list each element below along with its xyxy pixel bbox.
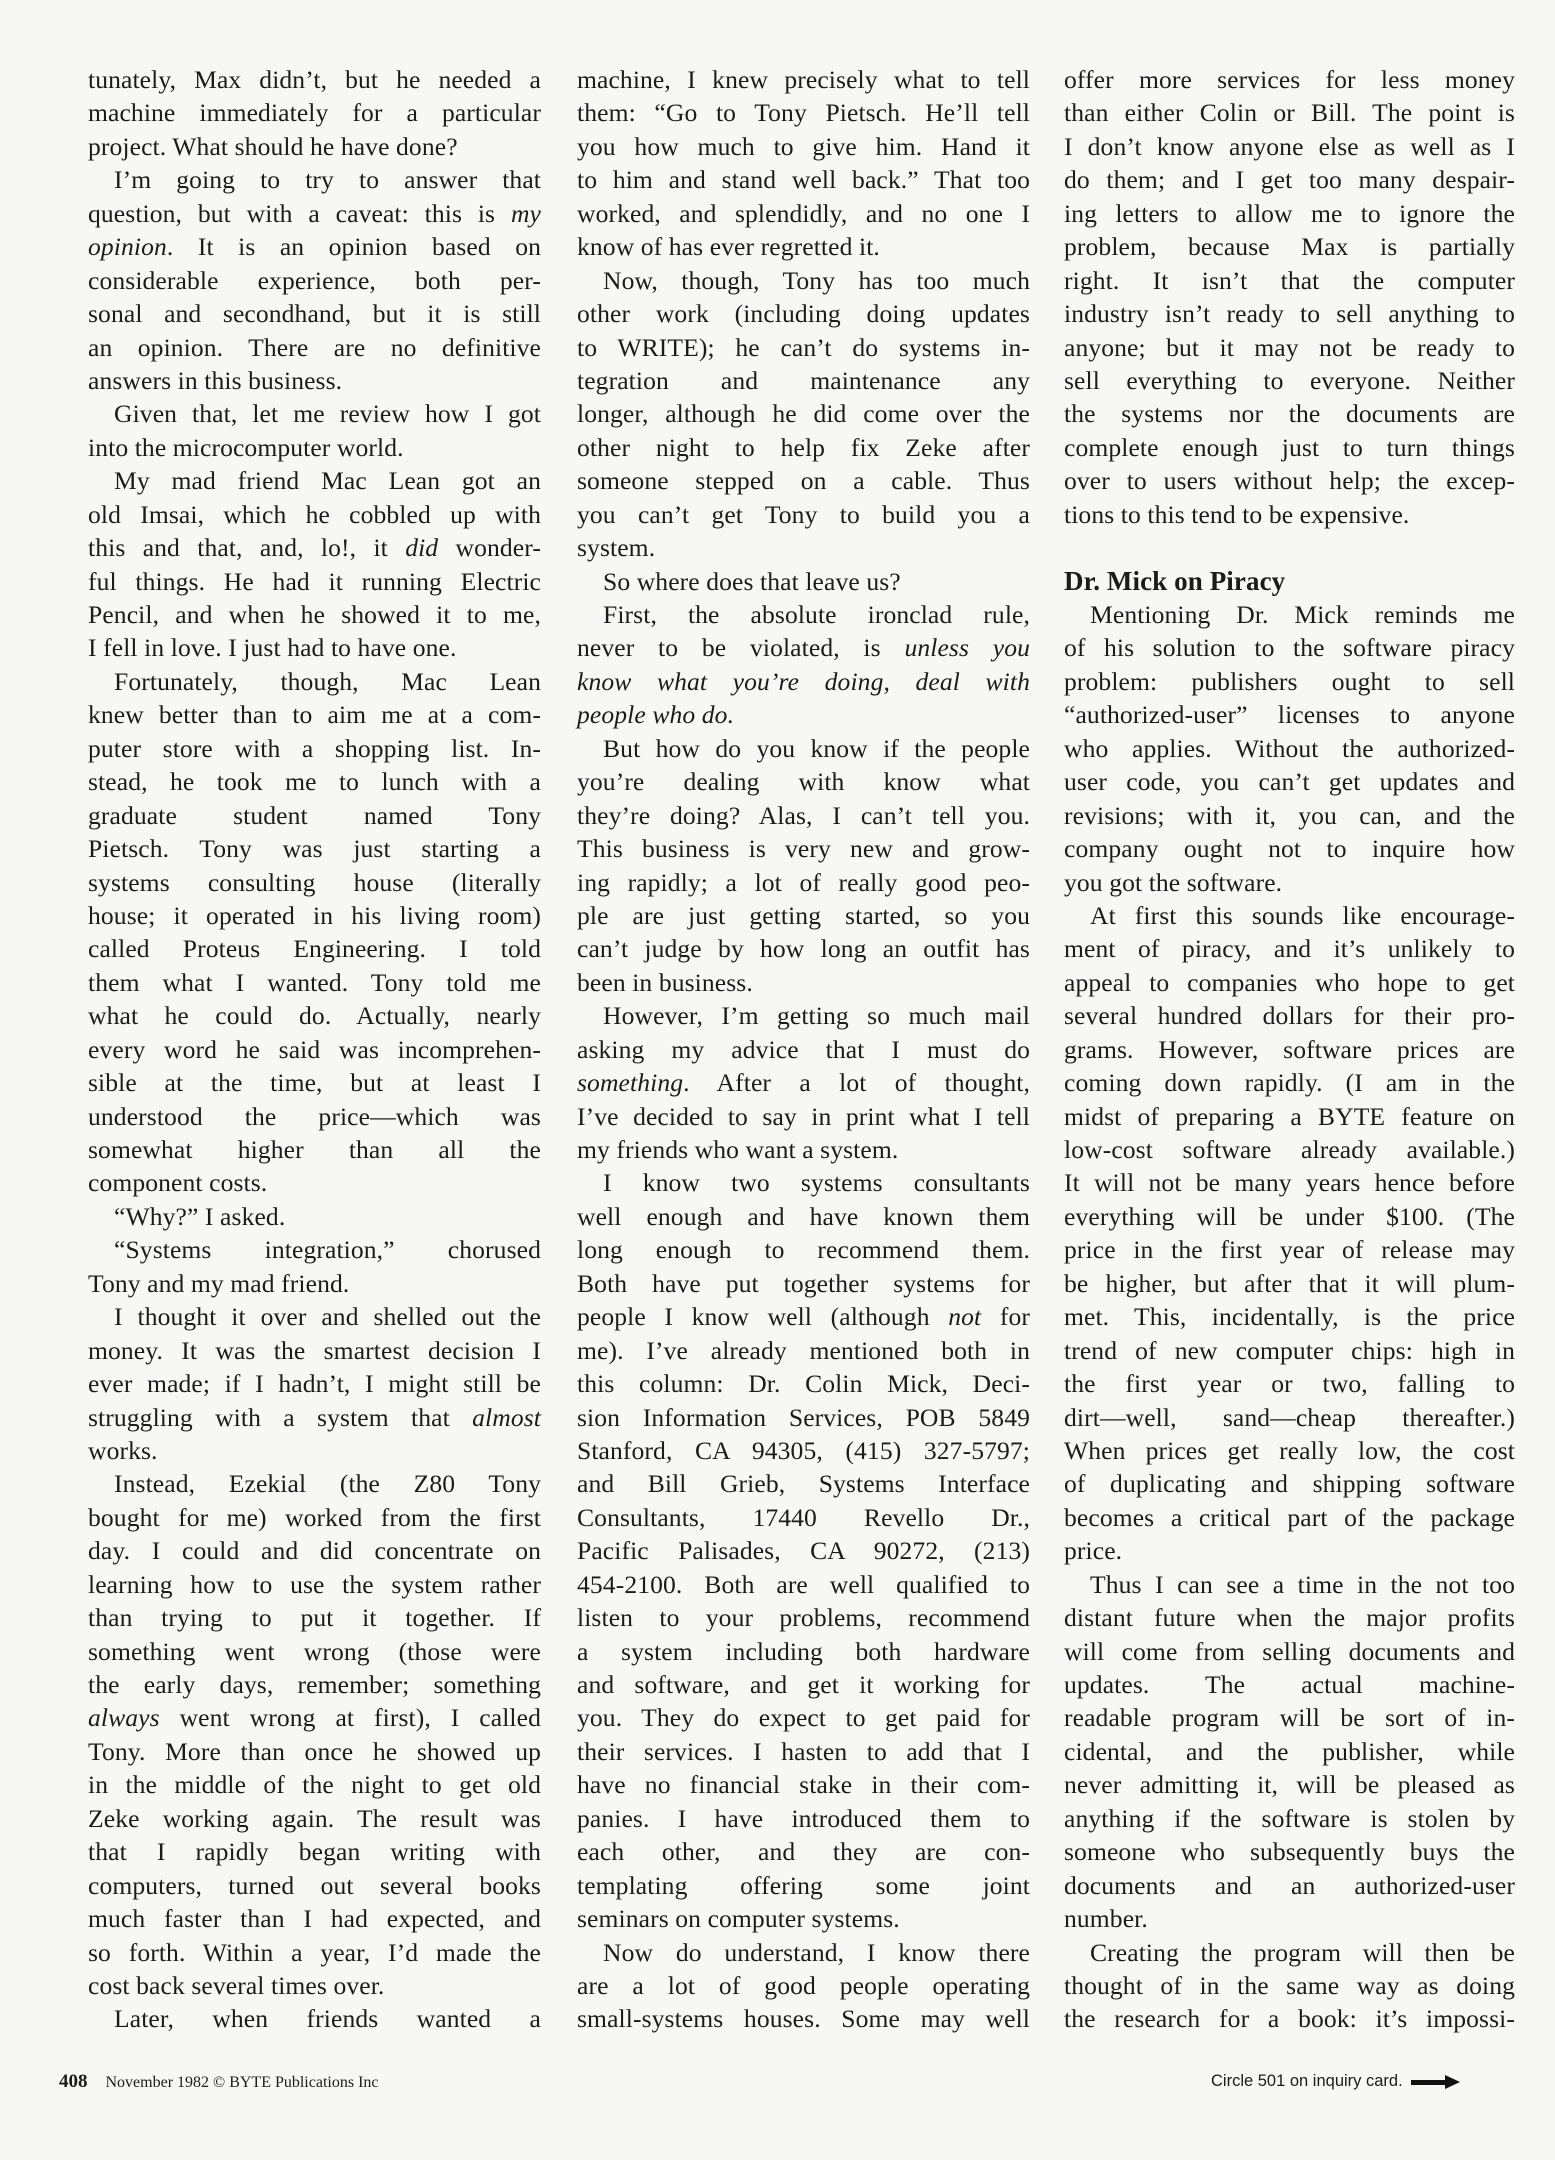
text-line: the systems nor the documents are — [1064, 397, 1515, 430]
text-line: someone stepped on a cable. Thus — [577, 464, 1030, 497]
text-line: However, I’m getting so much mail — [577, 999, 1030, 1032]
text-line: anything if the software is stolen by — [1064, 1802, 1515, 1835]
text: you. They do expect to get paid for — [577, 1703, 1030, 1732]
text-line: Given that, let me review how I got — [88, 397, 541, 430]
text: know of has ever regretted it. — [577, 232, 880, 261]
text: number. — [1064, 1904, 1148, 1933]
text-line: panies. I have introduced them to — [577, 1802, 1030, 1835]
text: worked, and splendidly, and no one I — [577, 199, 1030, 228]
text: me). I’ve already mentioned both in — [577, 1336, 1030, 1365]
text: puter store with a shopping list. In- — [88, 734, 541, 763]
text-line: tions to this tend to be expensive. — [1064, 498, 1515, 531]
text: understood the price—which was — [88, 1102, 541, 1131]
text: 454-2100. Both are well qualified to — [577, 1570, 1030, 1599]
text: for — [981, 1302, 1030, 1331]
text: other work (including doing updates — [577, 299, 1030, 328]
text: . After a lot of thought, — [683, 1068, 1030, 1097]
text: and Bill Grieb, Systems Interface — [577, 1469, 1030, 1498]
text-line: First, the absolute ironclad rule, — [577, 598, 1030, 631]
text-line: Mentioning Dr. Mick reminds me — [1064, 598, 1515, 631]
text-line: ing letters to allow me to ignore the — [1064, 197, 1515, 230]
text-line: know what you’re doing, deal with — [577, 665, 1030, 698]
text: someone stepped on a cable. Thus — [577, 466, 1030, 495]
text-line: “Systems integration,” chorused — [88, 1233, 541, 1266]
text: However, I’m getting so much mail — [603, 1001, 1030, 1030]
text: sion Information Services, POB 5849 — [577, 1403, 1030, 1432]
text: Stanford, CA 94305, (415) 327-5797; — [577, 1436, 1030, 1465]
text-line: I thought it over and shelled out the — [88, 1300, 541, 1333]
text: becomes a critical part of the package — [1064, 1503, 1515, 1532]
text-line: the research for a book: it’s impossi- — [1064, 2002, 1515, 2035]
italic-text: opinion — [88, 232, 167, 261]
text: templating offering some joint — [577, 1871, 1030, 1900]
text-line: been in business. — [577, 966, 1030, 999]
text-line: coming down rapidly. (I am in the — [1064, 1066, 1515, 1099]
text-line: me). I’ve already mentioned both in — [577, 1334, 1030, 1367]
text-line: When prices get really low, the cost — [1064, 1434, 1515, 1467]
text: company ought not to inquire how — [1064, 834, 1515, 863]
text: ever made; if I hadn’t, I might still be — [88, 1369, 541, 1398]
article-column-3: offer more services for less moneythan e… — [1064, 63, 1515, 2036]
text: Thus I can see a time in the not too — [1090, 1570, 1515, 1599]
text-line: Now do understand, I know there — [577, 1936, 1030, 1969]
text: them: “Go to Tony Pietsch. He’ll tell — [577, 98, 1030, 127]
text-line: number. — [1064, 1902, 1515, 1935]
text-line: to WRITE); he can’t do systems in- — [577, 331, 1030, 364]
text: I fell in love. I just had to have one. — [88, 633, 457, 662]
text-line: met. This, incidentally, is the price — [1064, 1300, 1515, 1333]
text-line: their services. I hasten to add that I — [577, 1735, 1030, 1768]
text-line: user code, you can’t get updates and — [1064, 765, 1515, 798]
text: every word he said was incomprehen- — [88, 1035, 541, 1064]
text-line: listen to your problems, recommend — [577, 1601, 1030, 1634]
text: appeal to companies who hope to get — [1064, 968, 1515, 997]
text: went wrong at first), I called — [160, 1703, 541, 1732]
text-line: somewhat higher than all the — [88, 1133, 541, 1166]
text: been in business. — [577, 968, 753, 997]
text-line: than trying to put it together. If — [88, 1601, 541, 1634]
text: never admitting it, will be pleased as — [1064, 1770, 1515, 1799]
text: Later, when friends wanted a — [114, 2004, 541, 2033]
text-line: offer more services for less money — [1064, 63, 1515, 96]
text-line: bought for me) worked from the first — [88, 1501, 541, 1534]
text-line: something. After a lot of thought, — [577, 1066, 1030, 1099]
text-line: knew better than to aim me at a com- — [88, 698, 541, 731]
text: sell everything to everyone. Neither — [1064, 366, 1515, 395]
text: this and that, and, lo!, it — [88, 533, 405, 562]
text-line: price. — [1064, 1534, 1515, 1567]
text-line: well enough and have known them — [577, 1200, 1030, 1233]
text: When prices get really low, the cost — [1064, 1436, 1515, 1465]
text: over to users without help; the excep- — [1064, 466, 1515, 495]
page-footer-left: 408 November 1982 © BYTE Publications In… — [59, 2071, 379, 2093]
text-line: everything will be under $100. (The — [1064, 1200, 1515, 1233]
text: I don’t know anyone else as well as I — [1064, 132, 1515, 161]
text-line: have no financial stake in their com- — [577, 1768, 1030, 1801]
text-line: problem, because Max is partially — [1064, 230, 1515, 263]
article-column-1: tunately, Max didn’t, but he needed amac… — [88, 63, 541, 2036]
text: machine, I knew precisely what to tell — [577, 65, 1030, 94]
text-line: sell everything to everyone. Neither — [1064, 364, 1515, 397]
text-line: longer, although he did come over the — [577, 397, 1030, 430]
text-line: Fortunately, though, Mac Lean — [88, 665, 541, 698]
text-line: they’re doing? Alas, I can’t tell you. — [577, 799, 1030, 832]
text-line: money. It was the smartest decision I — [88, 1334, 541, 1367]
text: I’ve decided to say in print what I tell — [577, 1102, 1030, 1131]
text-line: small-systems houses. Some may well — [577, 2002, 1030, 2035]
text-line: this and that, and, lo!, it did wonder- — [88, 531, 541, 564]
text-line: seminars on computer systems. — [577, 1902, 1030, 1935]
text: asking my advice that I must do — [577, 1035, 1030, 1064]
italic-text: something — [577, 1068, 683, 1097]
text: Given that, let me review how I got — [114, 399, 541, 428]
text: “Why?” I asked. — [114, 1202, 285, 1231]
text: Now do understand, I know there — [603, 1938, 1030, 1967]
text: revisions; with it, you can, and the — [1064, 801, 1515, 830]
text: do them; and I get too many despair- — [1064, 165, 1515, 194]
text: coming down rapidly. (I am in the — [1064, 1068, 1515, 1097]
text: Consultants, 17440 Revello Dr., — [577, 1503, 1030, 1532]
text: readable program will be sort of in- — [1064, 1703, 1515, 1732]
text-line: know of has ever regretted it. — [577, 230, 1030, 263]
text-line: It will not be many years hence before — [1064, 1166, 1515, 1199]
text-line: Pacific Palisades, CA 90272, (213) — [577, 1534, 1030, 1567]
text-line: My mad friend Mac Lean got an — [88, 464, 541, 497]
text-line: trend of new computer chips: high in — [1064, 1334, 1515, 1367]
text: anyone; but it may not be ready to — [1064, 333, 1515, 362]
text: First, the absolute ironclad rule, — [603, 600, 1030, 629]
text: you how much to give him. Hand it — [577, 132, 1030, 161]
italic-text: know what you’re doing, deal with — [577, 667, 1030, 696]
text: I thought it over and shelled out the — [114, 1302, 541, 1331]
text-line: tunately, Max didn’t, but he needed a — [88, 63, 541, 96]
text: Instead, Ezekial (the Z80 Tony — [114, 1469, 541, 1498]
text-line: systems consulting house (literally — [88, 866, 541, 899]
text: tunately, Max didn’t, but he needed a — [88, 65, 541, 94]
text-line: so forth. Within a year, I’d made the — [88, 1936, 541, 1969]
text-line: Now, though, Tony has too much — [577, 264, 1030, 297]
text: price in the first year of release may — [1064, 1235, 1515, 1264]
text-line: price in the first year of release may — [1064, 1233, 1515, 1266]
text-line: other work (including doing updates — [577, 297, 1030, 330]
text-line: dirt—well, sand—cheap thereafter.) — [1064, 1401, 1515, 1434]
text: ful things. He had it running Electric — [88, 567, 541, 596]
text-line — [1064, 531, 1515, 564]
text: Mentioning Dr. Mick reminds me — [1090, 600, 1515, 629]
text: everything will be under $100. (The — [1064, 1202, 1515, 1231]
text-line: a system including both hardware — [577, 1635, 1030, 1668]
text: “authorized-user” licenses to anyone — [1064, 700, 1515, 729]
text: tegration and maintenance any — [577, 366, 1030, 395]
text-line: stead, he took me to lunch with a — [88, 765, 541, 798]
text: longer, although he did come over the — [577, 399, 1030, 428]
text: ple are just getting started, so you — [577, 901, 1030, 930]
text: than trying to put it together. If — [88, 1603, 541, 1632]
text: the systems nor the documents are — [1064, 399, 1515, 428]
page-footer-right: Circle 501 on inquiry card. — [1211, 2072, 1461, 2091]
text-line: the early days, remember; something — [88, 1668, 541, 1701]
text: a system including both hardware — [577, 1637, 1030, 1666]
text-line: people I know well (although not for — [577, 1300, 1030, 1333]
text-line: But how do you know if the people — [577, 732, 1030, 765]
text-line: templating offering some joint — [577, 1869, 1030, 1902]
text-line: “Why?” I asked. — [88, 1200, 541, 1233]
text-line: tegration and maintenance any — [577, 364, 1030, 397]
text-line: an opinion. There are no definitive — [88, 331, 541, 364]
text-line: industry isn’t ready to sell anything to — [1064, 297, 1515, 330]
italic-text: did — [405, 533, 438, 562]
text: stead, he took me to lunch with a — [88, 767, 541, 796]
text: small-systems houses. Some may well — [577, 2004, 1030, 2033]
text-line: project. What should he have done? — [88, 130, 541, 163]
text-line: of duplicating and shipping software — [1064, 1467, 1515, 1500]
text-line: right. It isn’t that the computer — [1064, 264, 1515, 297]
text-line: Both have put together systems for — [577, 1267, 1030, 1300]
text: the first year or two, falling to — [1064, 1369, 1515, 1398]
text: of duplicating and shipping software — [1064, 1469, 1515, 1498]
page-number: 408 — [59, 2071, 88, 2092]
text: user code, you can’t get updates and — [1064, 767, 1515, 796]
text: panies. I have introduced them to — [577, 1804, 1030, 1833]
text: much faster than I had expected, and — [88, 1904, 541, 1933]
text: old Imsai, which he cobbled up with — [88, 500, 541, 529]
text-line: Zeke working again. The result was — [88, 1802, 541, 1835]
text-line: worked, and splendidly, and no one I — [577, 197, 1030, 230]
italic-text: almost — [472, 1403, 541, 1432]
text-line: Tony and my mad friend. — [88, 1267, 541, 1300]
text-line: I’m going to try to answer that — [88, 163, 541, 196]
text: Pencil, and when he showed it to me, — [88, 600, 541, 629]
text: works. — [88, 1436, 158, 1465]
text: wonder- — [438, 533, 541, 562]
text-line: Thus I can see a time in the not too — [1064, 1568, 1515, 1601]
text-line: cost back several times over. — [88, 1969, 541, 2002]
text-line: who applies. Without the authorized- — [1064, 732, 1515, 765]
text: someone who subsequently buys the — [1064, 1837, 1515, 1866]
publication-credit: November 1982 © BYTE Publications Inc — [106, 2074, 379, 2091]
text-line: what he could do. Actually, nearly — [88, 999, 541, 1032]
text: problem: publishers ought to sell — [1064, 667, 1515, 696]
text: cost back several times over. — [88, 1971, 384, 2000]
text: My mad friend Mac Lean got an — [114, 466, 541, 495]
text: of his solution to the software piracy — [1064, 633, 1515, 662]
text: to WRITE); he can’t do systems in- — [577, 333, 1030, 362]
text-line: component costs. — [88, 1166, 541, 1199]
text: Creating the program will then be — [1090, 1938, 1515, 1967]
text: never to be violated, is — [577, 633, 904, 662]
text: who applies. Without the authorized- — [1064, 734, 1515, 763]
text: “Systems integration,” chorused — [114, 1235, 541, 1264]
text: considerable experience, both per- — [88, 266, 541, 295]
text-line: machine, I knew precisely what to tell — [577, 63, 1030, 96]
text-line: appeal to companies who hope to get — [1064, 966, 1515, 999]
text-line: ing rapidly; a lot of really good peo- — [577, 866, 1030, 899]
text: industry isn’t ready to sell anything to — [1064, 299, 1515, 328]
text-line: complete enough just to turn things — [1064, 431, 1515, 464]
text: have no financial stake in their com- — [577, 1770, 1030, 1799]
text-line: are a lot of good people operating — [577, 1969, 1030, 2002]
text: cidental, and the publisher, while — [1064, 1737, 1515, 1766]
text-line: system. — [577, 531, 1030, 564]
text: systems consulting house (literally — [88, 868, 541, 897]
text-line: ful things. He had it running Electric — [88, 565, 541, 598]
text: system. — [577, 533, 655, 562]
text: answers in this business. — [88, 366, 342, 395]
text-line: machine immediately for a particular — [88, 96, 541, 129]
text: well enough and have known them — [577, 1202, 1030, 1231]
text-line: low-cost software already available.) — [1064, 1133, 1515, 1166]
italic-text: not — [948, 1302, 981, 1331]
text-line: computers, turned out several books — [88, 1869, 541, 1902]
text: be higher, but after that it will plum- — [1064, 1269, 1515, 1298]
text-line: struggling with a system that almost — [88, 1401, 541, 1434]
text-line: Later, when friends wanted a — [88, 2002, 541, 2035]
text: midst of preparing a BYTE feature on — [1064, 1102, 1515, 1131]
text-line: you got the software. — [1064, 866, 1515, 899]
text-line: I fell in love. I just had to have one. — [88, 631, 541, 664]
text-line: Pietsch. Tony was just starting a — [88, 832, 541, 865]
text: the research for a book: it’s impossi- — [1064, 2004, 1515, 2033]
text: seminars on computer systems. — [577, 1904, 900, 1933]
text-line: into the microcomputer world. — [88, 431, 541, 464]
text: into the microcomputer world. — [88, 433, 404, 462]
text-line: other night to help fix Zeke after — [577, 431, 1030, 464]
text: updates. The actual machine- — [1064, 1670, 1515, 1699]
text-line: called Proteus Engineering. I told — [88, 932, 541, 965]
text: other night to help fix Zeke after — [577, 433, 1030, 462]
text: machine immediately for a particular — [88, 98, 541, 127]
text-line: that I rapidly began writing with — [88, 1835, 541, 1868]
text: distant future when the major profits — [1064, 1603, 1515, 1632]
text-line: someone who subsequently buys the — [1064, 1835, 1515, 1868]
italic-text: my — [511, 199, 541, 228]
italic-text: people who do. — [577, 700, 734, 729]
text-line: learning how to use the system rather — [88, 1568, 541, 1601]
text: somewhat higher than all the — [88, 1135, 541, 1164]
text-line: and software, and get it working for — [577, 1668, 1030, 1701]
text: Now, though, Tony has too much — [603, 266, 1030, 295]
text-line: never admitting it, will be pleased as — [1064, 1768, 1515, 1801]
text: I’m going to try to answer that — [114, 165, 541, 194]
text-line: asking my advice that I must do — [577, 1033, 1030, 1066]
text-line: Instead, Ezekial (the Z80 Tony — [88, 1467, 541, 1500]
text-line: much faster than I had expected, and — [88, 1902, 541, 1935]
text: dirt—well, sand—cheap thereafter.) — [1064, 1403, 1515, 1432]
text: anything if the software is stolen by — [1064, 1804, 1515, 1833]
text: they’re doing? Alas, I can’t tell you. — [577, 801, 1030, 830]
text-line: you how much to give him. Hand it — [577, 130, 1030, 163]
text-line: do them; and I get too many despair- — [1064, 163, 1515, 196]
text: sible at the time, but at least I — [88, 1068, 541, 1097]
text-line: and Bill Grieb, Systems Interface — [577, 1467, 1030, 1500]
text-line: never to be violated, is unless you — [577, 631, 1030, 664]
text-line: anyone; but it may not be ready to — [1064, 331, 1515, 364]
text: documents and an authorized-user — [1064, 1871, 1515, 1900]
text-line: Pencil, and when he showed it to me, — [88, 598, 541, 631]
text: Fortunately, though, Mac Lean — [114, 667, 541, 696]
text-line: long enough to recommend them. — [577, 1233, 1030, 1266]
text: than either Colin or Bill. The point is — [1064, 98, 1515, 127]
text-line: over to users without help; the excep- — [1064, 464, 1515, 497]
text: problem, because Max is partially — [1064, 232, 1515, 261]
text: ment of piracy, and it’s unlikely to — [1064, 934, 1515, 963]
text-line: sonal and secondhand, but it is still — [88, 297, 541, 330]
text-line: several hundred dollars for their pro- — [1064, 999, 1515, 1032]
text-line: old Imsai, which he cobbled up with — [88, 498, 541, 531]
text-line: Tony. More than once he showed up — [88, 1735, 541, 1768]
text-line: understood the price—which was — [88, 1100, 541, 1133]
italic-text: always — [88, 1703, 160, 1732]
text: Zeke working again. The result was — [88, 1804, 541, 1833]
text-line: can’t judge by how long an outfit has — [577, 932, 1030, 965]
text-line: be higher, but after that it will plum- — [1064, 1267, 1515, 1300]
text-line: than either Colin or Bill. The point is — [1064, 96, 1515, 129]
text: thought of in the same way as doing — [1064, 1971, 1515, 2000]
text: graduate student named Tony — [88, 801, 541, 830]
text: so forth. Within a year, I’d made the — [88, 1938, 541, 1967]
text-line: my friends who want a system. — [577, 1133, 1030, 1166]
text: complete enough just to turn things — [1064, 433, 1515, 462]
text-line: graduate student named Tony — [88, 799, 541, 832]
text: computers, turned out several books — [88, 1871, 541, 1900]
text-line: company ought not to inquire how — [1064, 832, 1515, 865]
text: to him and stand well back.” That too — [577, 165, 1030, 194]
text: It will not be many years hence before — [1064, 1168, 1515, 1197]
text: learning how to use the system rather — [88, 1570, 541, 1599]
text: ing letters to allow me to ignore the — [1064, 199, 1515, 228]
text-line: puter store with a shopping list. In- — [88, 732, 541, 765]
text: Tony. More than once he showed up — [88, 1737, 541, 1766]
text: So where does that leave us? — [603, 567, 901, 596]
text: long enough to recommend them. — [577, 1235, 1030, 1264]
text-line: becomes a critical part of the package — [1064, 1501, 1515, 1534]
text: you got the software. — [1064, 868, 1282, 897]
section-heading: Dr. Mick on Piracy — [1064, 565, 1515, 598]
text: Both have put together systems for — [577, 1269, 1030, 1298]
text: met. This, incidentally, is the price — [1064, 1302, 1515, 1331]
text: Pacific Palisades, CA 90272, (213) — [577, 1536, 1030, 1565]
text: day. I could and did concentrate on — [88, 1536, 541, 1565]
text-line: At first this sounds like encourage- — [1064, 899, 1515, 932]
text-line: you. They do expect to get paid for — [577, 1701, 1030, 1734]
text: project. What should he have done? — [88, 132, 458, 161]
text-line: every word he said was incomprehen- — [88, 1033, 541, 1066]
text-line: considerable experience, both per- — [88, 264, 541, 297]
text: my friends who want a system. — [577, 1135, 898, 1164]
text-line: you’re dealing with know what — [577, 765, 1030, 798]
text: Pietsch. Tony was just starting a — [88, 834, 541, 863]
text-line: of his solution to the software piracy — [1064, 631, 1515, 664]
text-line: “authorized-user” licenses to anyone — [1064, 698, 1515, 731]
text-line: the first year or two, falling to — [1064, 1367, 1515, 1400]
text: This business is very new and grow- — [577, 834, 1030, 863]
text: tions to this tend to be expensive. — [1064, 500, 1409, 529]
text: ing rapidly; a lot of really good peo- — [577, 868, 1030, 897]
text-line: you can’t get Tony to build you a — [577, 498, 1030, 531]
text-line: Creating the program will then be — [1064, 1936, 1515, 1969]
article-column-2: machine, I knew precisely what to tellth… — [577, 63, 1030, 2036]
text: each other, and they are con- — [577, 1837, 1030, 1866]
text-line: thought of in the same way as doing — [1064, 1969, 1515, 2002]
text-line: ever made; if I hadn’t, I might still be — [88, 1367, 541, 1400]
text-line: Consultants, 17440 Revello Dr., — [577, 1501, 1030, 1534]
text: listen to your problems, recommend — [577, 1603, 1030, 1632]
text: the early days, remember; something — [88, 1670, 541, 1699]
arrow-right-icon — [1411, 2075, 1461, 2089]
text-line: opinion. It is an opinion based on — [88, 230, 541, 263]
text: . It is an opinion based on — [167, 232, 541, 261]
text-line: will come from selling documents and — [1064, 1635, 1515, 1668]
